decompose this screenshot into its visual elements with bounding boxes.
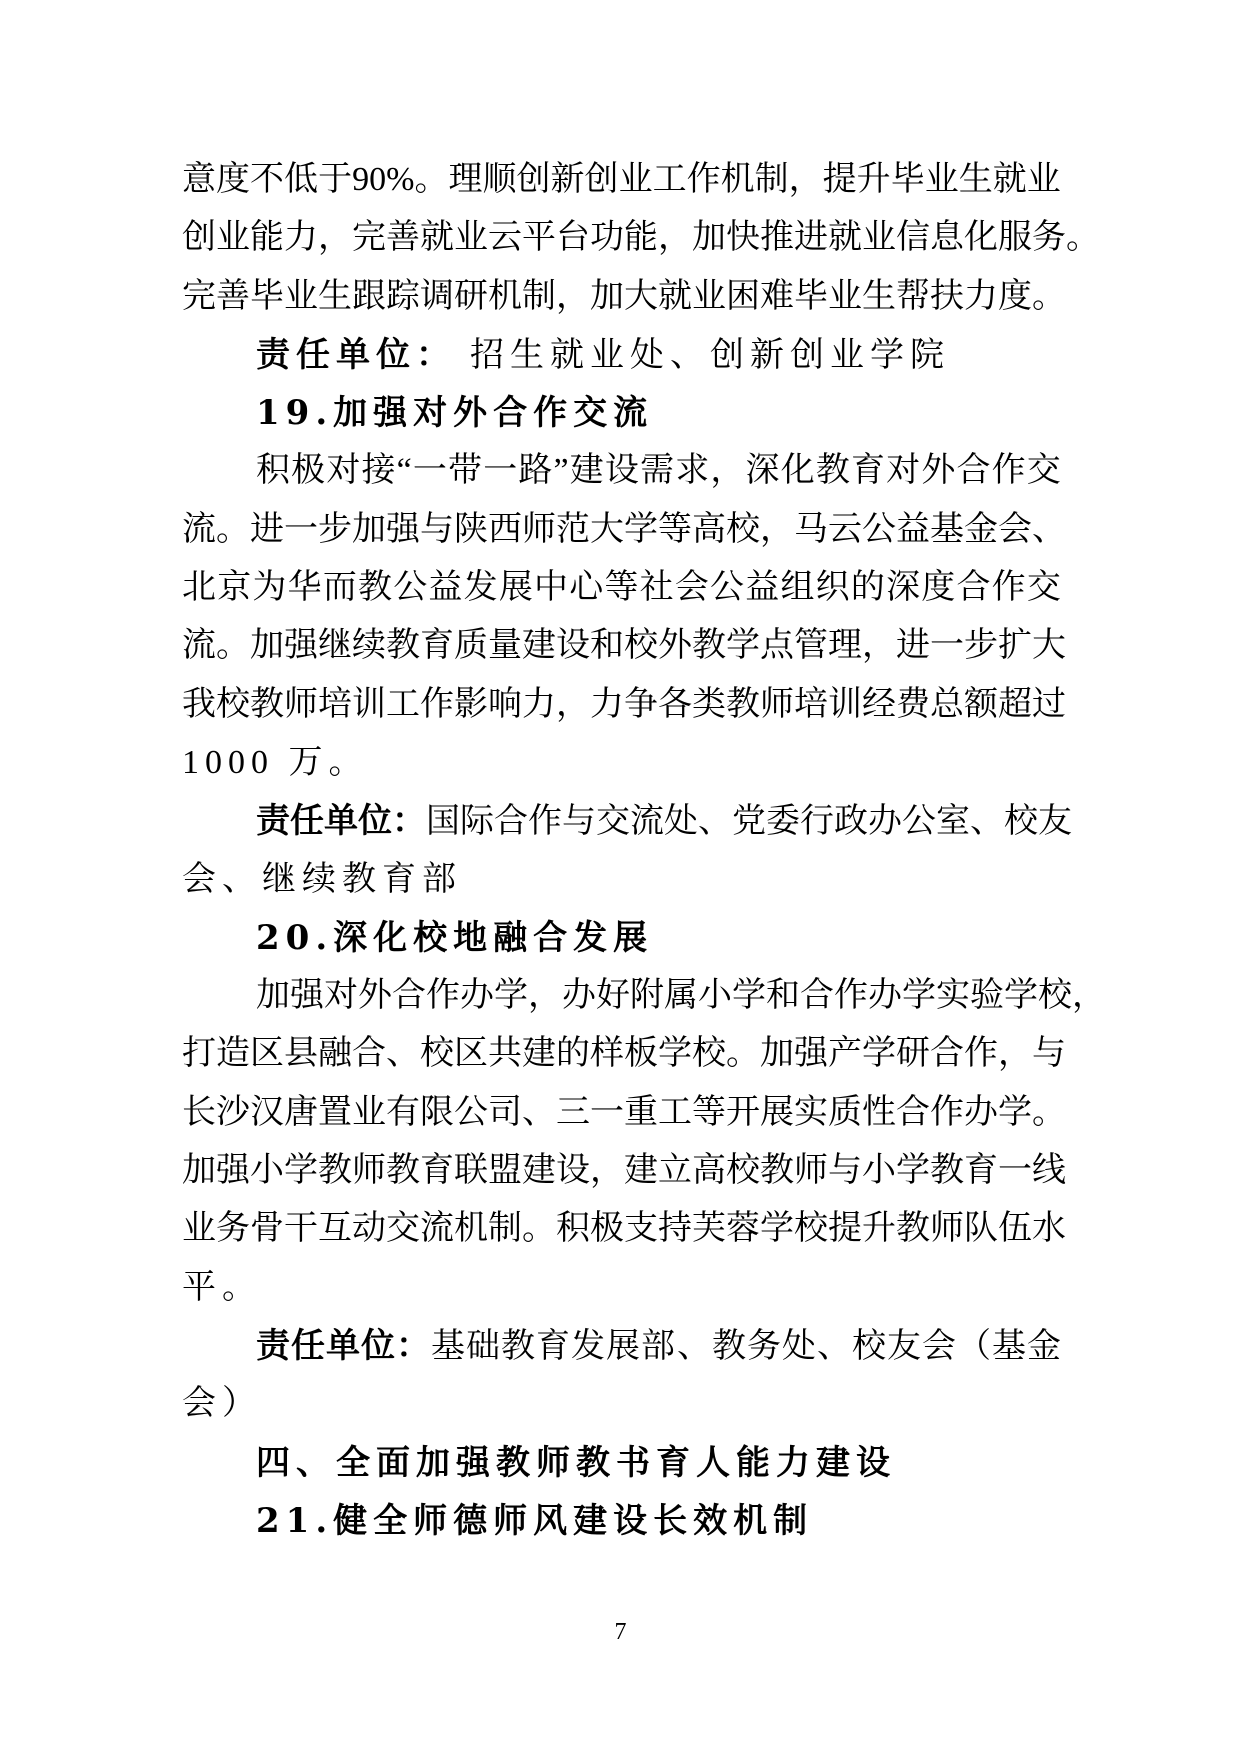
text-char: 就 bbox=[993, 151, 1027, 209]
text-char: 展 bbox=[606, 1318, 640, 1376]
text-char: 建 bbox=[522, 1142, 556, 1200]
text-char: 附 bbox=[630, 967, 664, 1025]
text-char: 强 bbox=[794, 1025, 828, 1083]
text-char: 互 bbox=[318, 1200, 352, 1258]
text-char: 陕 bbox=[454, 501, 488, 559]
text-char: 属 bbox=[664, 967, 698, 1025]
text-char: 流 bbox=[182, 617, 216, 675]
text-char: 汉 bbox=[250, 1084, 284, 1142]
text-char: 金 bbox=[964, 501, 998, 559]
text-char: 就 bbox=[828, 209, 862, 267]
text-char: 作 bbox=[930, 1084, 964, 1142]
text-char: 的 bbox=[556, 1025, 590, 1083]
text-char: 建 bbox=[522, 1025, 556, 1083]
text-char: 教 bbox=[726, 676, 760, 734]
text-char: 置 bbox=[318, 1084, 352, 1142]
para-19-line-6: 1000 万。 bbox=[182, 734, 1061, 792]
text-char: 作 bbox=[992, 559, 1026, 617]
duty-19-line-2: 会、继续教育部 bbox=[182, 851, 1061, 909]
text-char: 教 bbox=[896, 1200, 930, 1258]
text-char: 会 bbox=[998, 501, 1032, 559]
text-char: 师 bbox=[352, 1142, 386, 1200]
text-char: 开 bbox=[726, 1084, 760, 1142]
text-char: 作 bbox=[420, 676, 454, 734]
text-char: ， bbox=[318, 209, 352, 267]
text-char: 工 bbox=[653, 151, 687, 209]
text-char: 加 bbox=[590, 268, 624, 326]
text-char: 生 bbox=[959, 151, 993, 209]
text-char: ， bbox=[1072, 967, 1106, 1025]
text-char: 办 bbox=[562, 967, 596, 1025]
text-char: 跟 bbox=[352, 268, 386, 326]
text-char: ， bbox=[710, 442, 744, 500]
text-char: 就 bbox=[658, 268, 692, 326]
text-char: 提 bbox=[823, 151, 857, 209]
text-char: 过 bbox=[1032, 676, 1066, 734]
text-run: 20.深化校地融合发展 bbox=[256, 918, 653, 958]
text-char: 西 bbox=[488, 501, 522, 559]
text-char: 制 bbox=[755, 151, 789, 209]
text-char: 金 bbox=[1027, 1318, 1061, 1376]
text-char: 步 bbox=[318, 501, 352, 559]
text-char: 顺 bbox=[483, 151, 517, 209]
text-char: 机 bbox=[488, 268, 522, 326]
text-char: 和 bbox=[590, 617, 624, 675]
text-char: 教 bbox=[318, 1142, 352, 1200]
text-char: 公 bbox=[902, 793, 936, 851]
para-20-line-1: 加强对外合作办学，办好附属小学和合作办学实验学校， bbox=[182, 967, 1061, 1025]
text-char: 与 bbox=[420, 501, 454, 559]
text-char: ， bbox=[556, 268, 590, 326]
text-char: 。 bbox=[216, 617, 250, 675]
text-char: 区 bbox=[250, 1025, 284, 1083]
document-page: 意度不低于 90%。理顺创新创业工作机制，提升毕业生就业创业能力，完善就业云平台… bbox=[0, 0, 1241, 1755]
text-char: 完 bbox=[352, 209, 386, 267]
text-char: 、 bbox=[970, 793, 1004, 851]
text-char: 、 bbox=[817, 1318, 851, 1376]
para-19-line-5: 我校教师培训工作影响力，力争各类教师培训经费总额超过 bbox=[182, 676, 1061, 734]
duty-19-line-1: 责任单位：国际合作与交流处、党委行政办公室、校友 bbox=[182, 792, 1061, 850]
text-char: 、 bbox=[1032, 501, 1066, 559]
text-char: 量 bbox=[488, 617, 522, 675]
text-char: 完 bbox=[182, 268, 216, 326]
text-char: 机 bbox=[454, 1200, 488, 1258]
duty-20-line-2: 会） bbox=[182, 1375, 1061, 1433]
text-char: 能 bbox=[624, 209, 658, 267]
text-char: 限 bbox=[420, 1084, 454, 1142]
para-19-line-2: 流。进一步加强与陕西师范大学等高校，马云公益基金会、 bbox=[182, 501, 1061, 559]
text-char: 实 bbox=[936, 967, 970, 1025]
text-char: 管 bbox=[794, 617, 828, 675]
text-char: 点 bbox=[760, 617, 794, 675]
text-char: 骨 bbox=[250, 1200, 284, 1258]
text-char: 对 bbox=[324, 967, 358, 1025]
duty-label-char: 位 bbox=[361, 1317, 395, 1375]
text-char: 9 bbox=[352, 151, 369, 209]
text-char: 化 bbox=[781, 442, 815, 500]
text-char: 带 bbox=[448, 442, 482, 500]
text-char: 。 bbox=[216, 501, 250, 559]
text-char: 息 bbox=[930, 209, 964, 267]
text-char: 低 bbox=[284, 151, 318, 209]
text-char: 唐 bbox=[284, 1084, 318, 1142]
text-char: 政 bbox=[834, 793, 868, 851]
text-char: 育 bbox=[420, 1142, 454, 1200]
text-char: 建 bbox=[522, 617, 556, 675]
text-char: 作 bbox=[687, 151, 721, 209]
text-char: 沙 bbox=[216, 1084, 250, 1142]
text-char: 办 bbox=[868, 967, 902, 1025]
text-char: 实 bbox=[794, 1084, 828, 1142]
text-char: 高 bbox=[692, 501, 726, 559]
text-char: 深 bbox=[746, 442, 780, 500]
text-char: 学 bbox=[658, 1025, 692, 1083]
text-char: 而 bbox=[323, 559, 357, 617]
text-char: 功 bbox=[590, 209, 624, 267]
text-char: 求 bbox=[675, 442, 709, 500]
text-char: 样 bbox=[590, 1025, 624, 1083]
text-char: 调 bbox=[420, 268, 454, 326]
text-char: 线 bbox=[1032, 1142, 1066, 1200]
text-char: 业 bbox=[925, 151, 959, 209]
text-char: 服 bbox=[998, 209, 1032, 267]
text-char: 中 bbox=[534, 559, 568, 617]
text-char: 化 bbox=[964, 209, 998, 267]
text-char: 于 bbox=[318, 151, 352, 209]
text-char: 公 bbox=[710, 559, 744, 617]
text-char: 校 bbox=[420, 1025, 454, 1083]
text-char: 础 bbox=[466, 1318, 500, 1376]
text-char: 校 bbox=[852, 1318, 886, 1376]
text-char: 教 bbox=[712, 1318, 746, 1376]
text-char: 升 bbox=[862, 1200, 896, 1258]
text-char: 对 bbox=[886, 442, 920, 500]
text-char: 工 bbox=[386, 676, 420, 734]
text-char: 难 bbox=[760, 268, 794, 326]
text-char: 教 bbox=[250, 676, 284, 734]
text-char: 能 bbox=[250, 209, 284, 267]
text-char: 就 bbox=[420, 209, 454, 267]
text-char: 组 bbox=[780, 559, 814, 617]
text-char: 加 bbox=[256, 967, 290, 1025]
text-char: 育 bbox=[851, 442, 885, 500]
text-char: 业 bbox=[454, 209, 488, 267]
text-run: 平。 bbox=[182, 1269, 262, 1306]
text-char: 队 bbox=[964, 1200, 998, 1258]
text-char: 创 bbox=[585, 151, 619, 209]
text-char: 强 bbox=[284, 617, 318, 675]
text-char: 芙 bbox=[692, 1200, 726, 1258]
text-char: 有 bbox=[386, 1084, 420, 1142]
text-char: 心 bbox=[569, 559, 603, 617]
text-char: 流 bbox=[420, 1200, 454, 1258]
text-char: 支 bbox=[624, 1200, 658, 1258]
text-char: 业 bbox=[216, 209, 250, 267]
text-char: 作 bbox=[528, 793, 562, 851]
text-char: 发 bbox=[464, 559, 498, 617]
text-char: 等 bbox=[658, 501, 692, 559]
text-run: 四、全面加强教师教书育人能力建设 bbox=[256, 1443, 896, 1483]
text-char: 业 bbox=[619, 151, 653, 209]
text-char: 会 bbox=[675, 559, 709, 617]
para-20-line-3: 长沙汉唐置业有限公司、三一重工等开展实质性合作办学。 bbox=[182, 1084, 1061, 1142]
text-char: 室 bbox=[936, 793, 970, 851]
text-char: 设 bbox=[556, 1142, 590, 1200]
text-char: 毕 bbox=[794, 268, 828, 326]
text-char: ” bbox=[554, 442, 569, 500]
text-char: 困 bbox=[726, 268, 760, 326]
text-char: 深 bbox=[886, 559, 920, 617]
text-char: 总 bbox=[930, 676, 964, 734]
text-char: 。 bbox=[522, 1200, 556, 1258]
text-char: 干 bbox=[284, 1200, 318, 1258]
text-char: 教 bbox=[501, 1318, 535, 1376]
text-char: 交 bbox=[1027, 442, 1061, 500]
duty-label-char: ： bbox=[392, 792, 426, 850]
text-char: 进 bbox=[250, 501, 284, 559]
heading-20-line-1: 20.深化校地融合发展 bbox=[182, 909, 1061, 967]
duty-label-char: 责 bbox=[256, 1317, 290, 1375]
text-char: 创 bbox=[182, 209, 216, 267]
text-char: 教 bbox=[386, 1142, 420, 1200]
text-char: 学 bbox=[732, 967, 766, 1025]
text-char: 质 bbox=[454, 617, 488, 675]
text-char: 部 bbox=[641, 1318, 675, 1376]
para-20-line-4: 加强小学教师教育联盟建设，建立高校教师与小学教育一线 bbox=[182, 1142, 1061, 1200]
text-char: 。 bbox=[414, 151, 448, 209]
text-char: 云 bbox=[828, 501, 862, 559]
text-char: 作 bbox=[992, 442, 1026, 500]
text-char: 加 bbox=[352, 501, 386, 559]
text-char: 处 bbox=[782, 1318, 816, 1376]
text-char: 进 bbox=[896, 617, 930, 675]
text-char: 善 bbox=[386, 209, 420, 267]
text-char: 各 bbox=[658, 676, 692, 734]
text-char: 外 bbox=[921, 442, 955, 500]
text-char: 制 bbox=[488, 1200, 522, 1258]
text-char: 外 bbox=[358, 967, 392, 1025]
text-char: 合 bbox=[800, 967, 834, 1025]
text-char: 生 bbox=[862, 268, 896, 326]
para-19-line-4: 流。加强继续教育质量建设和校外教学点管理，进一步扩大 bbox=[182, 617, 1061, 675]
text-char: 力 bbox=[590, 676, 624, 734]
text-char: 展 bbox=[760, 1084, 794, 1142]
text-char: 接 bbox=[361, 442, 395, 500]
text-char: 公 bbox=[862, 501, 896, 559]
text-char: 校 bbox=[692, 1025, 726, 1083]
text-char: 产 bbox=[828, 1025, 862, 1083]
text-char: ， bbox=[760, 501, 794, 559]
text-char: 师 bbox=[760, 676, 794, 734]
text-char: 业 bbox=[182, 1200, 216, 1258]
text-char: 学 bbox=[862, 1025, 896, 1083]
text-char: ， bbox=[590, 1142, 624, 1200]
text-char: 学 bbox=[284, 1142, 318, 1200]
text-char: 我 bbox=[182, 676, 216, 734]
text-char: 教 bbox=[816, 442, 850, 500]
text-char: 一 bbox=[413, 442, 447, 500]
text-char: 继 bbox=[318, 617, 352, 675]
document-body: 意度不低于 90%。理顺创新创业工作机制，提升毕业生就业创业能力，完善就业云平台… bbox=[182, 151, 1061, 1550]
text-char: 造 bbox=[216, 1025, 250, 1083]
text-char: 一 bbox=[590, 1084, 624, 1142]
text-char: 业 bbox=[828, 268, 862, 326]
text-char: 的 bbox=[851, 559, 885, 617]
text-char: 强 bbox=[290, 967, 324, 1025]
text-char: 度 bbox=[998, 268, 1032, 326]
text-char: 共 bbox=[488, 1025, 522, 1083]
text-char: 验 bbox=[970, 967, 1004, 1025]
text-char: 党 bbox=[732, 793, 766, 851]
text-char: 善 bbox=[216, 268, 250, 326]
text-char: 益 bbox=[896, 501, 930, 559]
text-char: 类 bbox=[692, 676, 726, 734]
text-char: 公 bbox=[454, 1084, 488, 1142]
text-char: 需 bbox=[640, 442, 674, 500]
text-char: 会 bbox=[922, 1318, 956, 1376]
text-char: 小 bbox=[698, 967, 732, 1025]
text-char: 业 bbox=[692, 268, 726, 326]
duty-label-char: 单 bbox=[324, 792, 358, 850]
text-run: 会） bbox=[182, 1385, 262, 1422]
text-char: 理 bbox=[828, 617, 862, 675]
text-char: 等 bbox=[692, 1084, 726, 1142]
text-char: 友 bbox=[887, 1318, 921, 1376]
text-char: 范 bbox=[556, 501, 590, 559]
text-char: 作 bbox=[834, 967, 868, 1025]
text-char: 极 bbox=[590, 1200, 624, 1258]
text-char: 教 bbox=[760, 1142, 794, 1200]
text-char: 强 bbox=[386, 501, 420, 559]
text-char: 师 bbox=[522, 501, 556, 559]
text-char: 务 bbox=[747, 1318, 781, 1376]
para-18-continuation-line-1: 意度不低于 90%。理顺创新创业工作机制，提升毕业生就业 bbox=[182, 151, 1061, 209]
text-char: 扶 bbox=[930, 268, 964, 326]
text-char: 师 bbox=[794, 1142, 828, 1200]
text-char: 毕 bbox=[891, 151, 925, 209]
text-char: 育 bbox=[964, 1142, 998, 1200]
text-char: 合 bbox=[956, 559, 990, 617]
text-run: 1000 万。 bbox=[182, 744, 369, 781]
text-char: 区 bbox=[454, 1025, 488, 1083]
text-char: 建 bbox=[624, 1142, 658, 1200]
text-char: 学 bbox=[624, 501, 658, 559]
text-char: 平 bbox=[522, 209, 556, 267]
text-char: 京 bbox=[217, 559, 251, 617]
text-char: 步 bbox=[964, 617, 998, 675]
text-char: 务 bbox=[1032, 209, 1066, 267]
text-char: 。 bbox=[1066, 209, 1100, 267]
text-char: 度 bbox=[216, 151, 250, 209]
text-char: ， bbox=[789, 151, 823, 209]
text-char: 办 bbox=[868, 793, 902, 851]
text-char: 展 bbox=[499, 559, 533, 617]
text-char: 业 bbox=[352, 1084, 386, 1142]
text-char: 教 bbox=[930, 1142, 964, 1200]
text-char: 业 bbox=[862, 209, 896, 267]
section-heading-4-line-1: 四、全面加强教师教书育人能力建设 bbox=[182, 1434, 1061, 1492]
text-char: 生 bbox=[318, 268, 352, 326]
text-char: “ bbox=[397, 442, 412, 500]
text-char: 。 bbox=[1032, 1084, 1066, 1142]
text-char: 打 bbox=[182, 1025, 216, 1083]
text-char: 踪 bbox=[386, 268, 420, 326]
text-char: 交 bbox=[1027, 559, 1061, 617]
text-char: 立 bbox=[658, 1142, 692, 1200]
text-char: 经 bbox=[862, 676, 896, 734]
text-char: 加 bbox=[760, 1025, 794, 1083]
text-char: 盟 bbox=[488, 1142, 522, 1200]
text-char: 教 bbox=[358, 559, 392, 617]
text-char: 云 bbox=[488, 209, 522, 267]
text-char: 学 bbox=[902, 967, 936, 1025]
text-char: 水 bbox=[1032, 1200, 1066, 1258]
text-char: 合 bbox=[896, 1084, 930, 1142]
text-char: 校 bbox=[726, 1142, 760, 1200]
text-run: 招生就业处、创新创业学院 bbox=[470, 337, 950, 374]
text-char: 力 bbox=[964, 268, 998, 326]
text-char: 合 bbox=[930, 1025, 964, 1083]
text-char: 持 bbox=[658, 1200, 692, 1258]
text-char: 等 bbox=[604, 559, 638, 617]
text-char: 教 bbox=[692, 617, 726, 675]
text-char: 校 bbox=[624, 617, 658, 675]
text-char: ， bbox=[658, 209, 692, 267]
text-char: 处 bbox=[664, 793, 698, 851]
text-char: 机 bbox=[721, 151, 755, 209]
text-char: 推 bbox=[760, 209, 794, 267]
text-char: 织 bbox=[816, 559, 850, 617]
text-char: 质 bbox=[828, 1084, 862, 1142]
text-char: 一 bbox=[930, 617, 964, 675]
text-char: 务 bbox=[216, 1200, 250, 1258]
text-char: 、 bbox=[698, 793, 732, 851]
text-char: 重 bbox=[624, 1084, 658, 1142]
text-char: 毕 bbox=[250, 268, 284, 326]
text-char: 育 bbox=[536, 1318, 570, 1376]
text-char: 业 bbox=[1027, 151, 1061, 209]
text-char: 设 bbox=[605, 442, 639, 500]
text-char: 影 bbox=[454, 676, 488, 734]
text-char: 快 bbox=[726, 209, 760, 267]
text-char: 强 bbox=[216, 1142, 250, 1200]
text-char: 研 bbox=[896, 1025, 930, 1083]
text-char: 师 bbox=[284, 676, 318, 734]
text-char: 训 bbox=[828, 676, 862, 734]
text-char: 学 bbox=[1004, 967, 1038, 1025]
text-char: 理 bbox=[448, 151, 482, 209]
text-char: 合 bbox=[392, 967, 426, 1025]
text-char: 友 bbox=[1038, 793, 1072, 851]
text-char: ， bbox=[556, 676, 590, 734]
duty-20-line-1: 责任单位：基础教育发展部 、教务处、校友会（基金 bbox=[182, 1317, 1061, 1375]
text-char: 教 bbox=[386, 617, 420, 675]
text-char: 校 bbox=[726, 501, 760, 559]
text-char: 升 bbox=[857, 151, 891, 209]
duty-label-char: 任 bbox=[290, 792, 324, 850]
text-char: 进 bbox=[794, 209, 828, 267]
heading-19-line-1: 19.加强对外合作交流 bbox=[182, 384, 1061, 442]
duty-label-char: 单 bbox=[326, 1317, 360, 1375]
text-char: 训 bbox=[352, 676, 386, 734]
text-char: 、 bbox=[522, 1084, 556, 1142]
para-18-continuation-line-3: 完善毕业生跟踪调研机制，加大就业困难毕业生帮扶力度。 bbox=[182, 268, 1061, 326]
text-char: 与 bbox=[828, 1142, 862, 1200]
text-char: 。 bbox=[726, 1025, 760, 1083]
text-char: 校 bbox=[794, 1200, 828, 1258]
text-char: ， bbox=[862, 617, 896, 675]
text-char: 行 bbox=[800, 793, 834, 851]
